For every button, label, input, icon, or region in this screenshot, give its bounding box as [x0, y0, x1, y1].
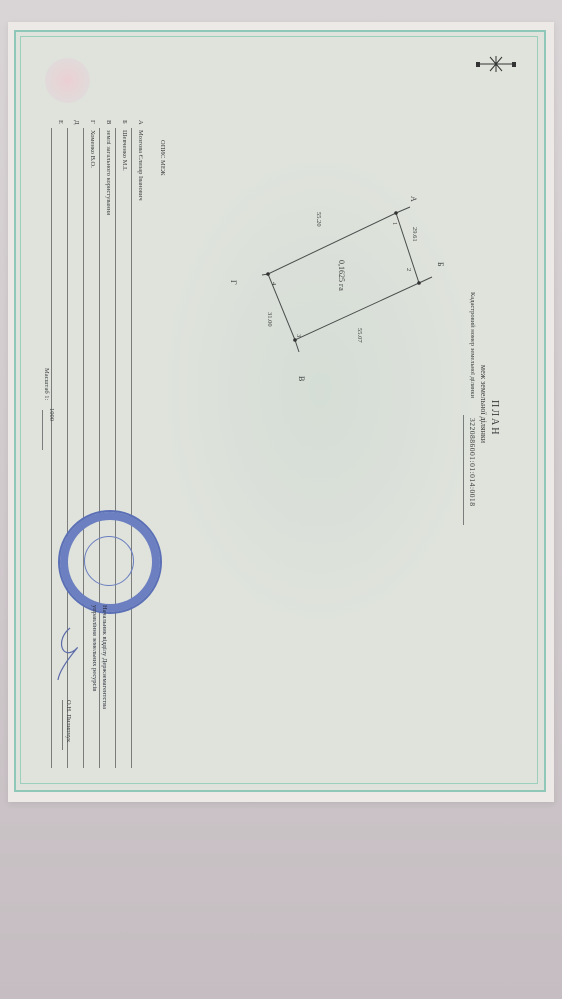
signature-underline: [62, 700, 63, 750]
signatory-name: О.Н. Пилипчук: [65, 700, 72, 742]
signature-scribble: [0, 0, 562, 999]
